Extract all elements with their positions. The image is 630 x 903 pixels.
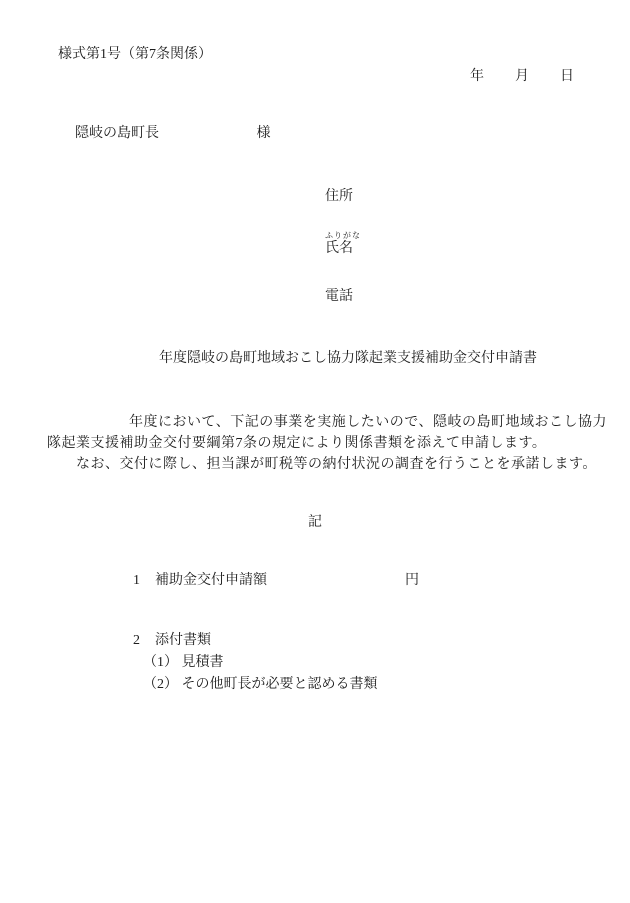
item-2-sub-item-2: （2） その他町長が必要と認める書類 (143, 678, 378, 692)
document-title: 年度隠岐の島町地域おこし協力隊起業支援補助金交付申請書 (159, 352, 537, 366)
applicant-name-block: ふりがな 氏名 (325, 232, 361, 256)
addressee-title: 隠岐の島町長 (75, 126, 159, 141)
applicant-address-label: 住所 (325, 190, 353, 204)
item-1-unit-label: 円 (405, 574, 419, 588)
addressee-honorific: 様 (257, 127, 271, 141)
furigana-label: ふりがな (325, 232, 361, 240)
applicant-name-label: 氏名 (325, 242, 361, 256)
item-1-label: 補助金交付申請額 (155, 574, 267, 588)
item-2-label: 添付書類 (155, 634, 211, 648)
date-day-label: 日 (560, 70, 574, 84)
body-line-1: 年度において、下記の事業を実施したいので、隠岐の島町地域おこし協力 (129, 412, 617, 433)
date-line: 年 月 日 (470, 70, 574, 84)
item-2-sub-item-1: （1） 見積書 (143, 656, 224, 670)
item-1-number: 1 (133, 574, 140, 588)
body-line-3: なお、交付に際し、担当課が町税等の納付状況の調査を行うことを承諾します。 (76, 454, 617, 475)
form-number: 様式第1号（第7条関係） (58, 48, 212, 62)
date-year-label: 年 (470, 70, 484, 84)
ki-heading: 記 (0, 516, 630, 530)
body-line-2: 隊起業支援補助金交付要綱第7条の規定により関係書類を添えて申請します。 (47, 433, 617, 454)
body-paragraph: 年度において、下記の事業を実施したいので、隠岐の島町地域おこし協力 隊起業支援補… (47, 412, 617, 475)
date-month-label: 月 (515, 70, 529, 84)
addressee-line: 隠岐の島町長 様 (75, 127, 271, 141)
applicant-phone-label: 電話 (325, 290, 353, 304)
document-page: 様式第1号（第7条関係） 年 月 日 隠岐の島町長 様 住所 ふりがな 氏名 電… (0, 0, 630, 903)
item-2-number: 2 (133, 634, 140, 648)
